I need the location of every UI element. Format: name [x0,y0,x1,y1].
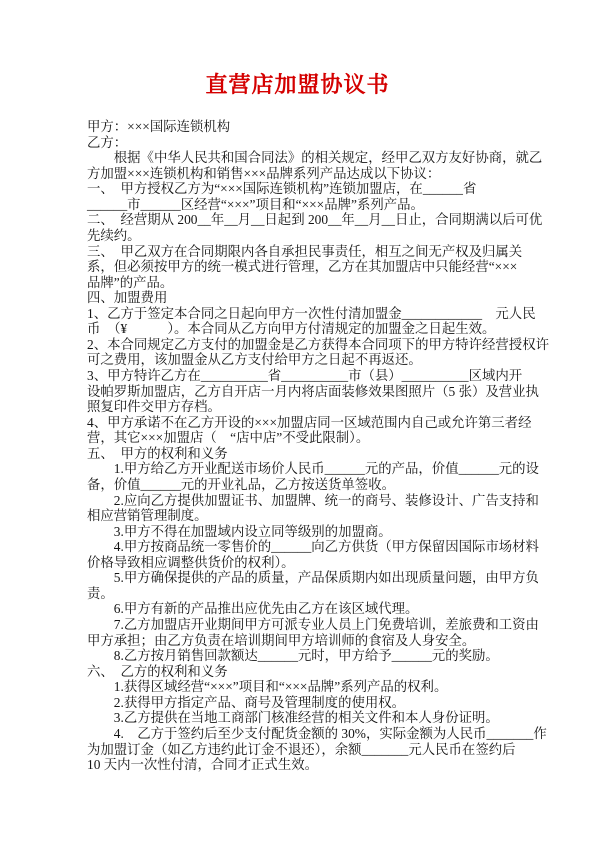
doc-line-33: 7.乙方加盟店开业期间甲方可派专业人员上门免费培训，差旅费和工资由 [87,617,517,633]
doc-line-29: 价格导致相应调整供货价的权利）。 [87,555,517,571]
doc-line-36: 六、 乙方的权利和义务 [87,664,517,680]
doc-line-19: 照复印件交甲方存档。 [87,399,517,415]
document-body: 甲方：×××国际连锁机构乙方： 根据《中华人民共和国合同法》的相关规定，经甲乙双… [87,119,517,773]
doc-line-10: 系，但必须按甲方的统一模式进行管理，乙方在其加盟店中只能经营“××× [87,259,517,275]
doc-line-32: 6.甲方有新的产品推出应优先由乙方在该区域代理。 [87,601,517,617]
document-title: 直营店加盟协议书 [0,0,595,98]
doc-line-7: 二、 经营期从 200__年__月__日起到 200__年__月__日止，合同期… [87,212,517,228]
doc-line-24: 备，价值______元的开业礼品，乙方按送货单签收。 [87,477,517,493]
doc-line-41: 为加盟订金（如乙方违约此订金不退还），余额_______元人民币在签约后 [87,742,517,758]
doc-line-39: 3.乙方提供在当地工商部门核准经营的相关文件和本人身份证明。 [87,710,517,726]
doc-line-38: 2.获得甲方指定产品、商号及管理制度的使用权。 [87,695,517,711]
doc-line-2: 乙方： [87,135,517,151]
doc-line-6: ______市______区经营“×××”项目和“×××品牌”系列产品。 [87,197,517,213]
doc-line-3: 根据《中华人民共和国合同法》的相关规定，经甲乙双方友好协商，就乙 [87,150,517,166]
doc-line-12: 四、加盟费用 [87,290,517,306]
doc-line-18: 设帕罗斯加盟店，乙方自开店一月内将店面装修效果图照片（5 张）及营业执 [87,384,517,400]
doc-line-4: 方加盟×××连锁机构和销售×××品牌系列产品达成以下协议： [87,166,517,182]
doc-line-11: 品牌”的产品。 [87,275,517,291]
doc-line-34: 甲方承担；由乙方负责在培训期间甲方培训师的食宿及人身安全。 [87,633,517,649]
doc-line-28: 4.甲方按商品统一零售价的______向乙方供货（甲方保留因国际市场材料 [87,539,517,555]
doc-line-5: 一、 甲方授权乙方为“×××国际连锁机构”连锁加盟店，在______省 [87,181,517,197]
document-page: 直营店加盟协议书 甲方：×××国际连锁机构乙方： 根据《中华人民共和国合同法》的… [0,0,595,841]
doc-line-9: 三、 甲乙双方在合同期限内各自承担民事责任，相互之间无产权及归属关 [87,244,517,260]
doc-line-17: 3、甲方特许乙方在__________省__________市（县）______… [87,368,517,384]
doc-line-27: 3.甲方不得在加盟域内设立同等级别的加盟商。 [87,524,517,540]
doc-line-40: 4. 乙方于签约后至少支付配货金额的 30%，实际金额为人民币_______作 [87,726,517,742]
doc-line-23: 1.甲方给乙方开业配送市场价人民币______元的产品，价值______元的设 [87,461,517,477]
doc-line-20: 4、甲方承诺不在乙方开设的×××加盟店同一区域范围内自己或允许第三者经 [87,415,517,431]
doc-line-15: 2、本合同规定乙方支付的加盟金是乙方获得本合同项下的甲方特许经营授权许 [87,337,517,353]
doc-line-16: 可之费用，该加盟金从乙方支付给甲方之日起不再返还。 [87,352,517,368]
doc-line-35: 8.乙方按月销售回款额达______元时，甲方给予______元的奖励。 [87,648,517,664]
doc-line-25: 2.应向乙方提供加盟证书、加盟牌、统一的商号、装修设计、广告支持和 [87,493,517,509]
doc-line-37: 1.获得区域经营“×××”项目和“×××品牌”系列产品的权利。 [87,679,517,695]
doc-line-30: 5.甲方确保提供的产品的质量，产品保质期内如出现质量问题，由甲方负 [87,570,517,586]
doc-line-21: 营，其它×××加盟店（ “店中店”不受此限制）。 [87,430,517,446]
doc-line-1: 甲方：×××国际连锁机构 [87,119,517,135]
doc-line-14: 币 （¥ ）。本合同从乙方向甲方付清规定的加盟金之日起生效。 [87,321,517,337]
doc-line-31: 责。 [87,586,517,602]
doc-line-42: 10 天内一次性付清，合同才正式生效。 [87,757,517,773]
doc-line-13: 1、乙方于签定本合同之日起向甲方一次性付清加盟金____________ 元人民 [87,306,517,322]
doc-line-26: 相应营销管理制度。 [87,508,517,524]
doc-line-22: 五、 甲方的权利和义务 [87,446,517,462]
doc-line-8: 先续约。 [87,228,517,244]
